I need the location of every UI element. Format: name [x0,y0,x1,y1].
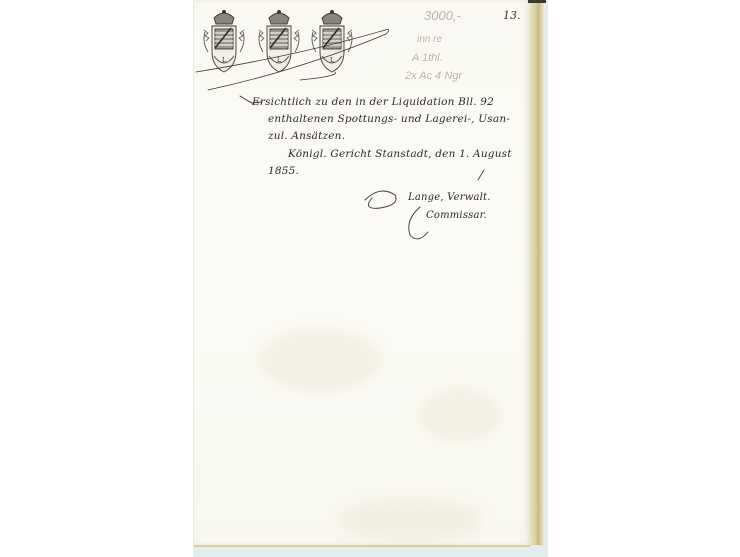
paper-stain [340,500,480,540]
coat-of-arms-stamp-icon: L [308,8,356,76]
paper-sheet [194,0,530,547]
body-line-3: zul. Ansätzen. [268,130,345,142]
body-line-5-year: 1855. [268,165,299,177]
paper-right-edge [530,0,544,545]
page-corner-shadow [528,0,546,3]
paper-stain [260,330,380,390]
coat-of-arms-stamp-icon: L [255,8,303,76]
revenue-stamps: L L [200,8,360,78]
signature-line-2: Commissar. [426,210,487,221]
document-scan: L L [0,0,740,557]
signature-line-1: Lange, Verwalt. [408,192,491,203]
pencil-note-line-3: 2x Ac 4 Ngr [405,70,462,82]
body-line-1: Ersichtlich zu den in der Liquidation Bl… [252,96,494,108]
pencil-note-line-1: inn re [417,34,442,45]
svg-text:L: L [222,57,226,64]
folio-number: 13. [503,9,521,22]
pencil-price-note: 3000,- [424,8,461,23]
svg-text:L: L [277,57,281,64]
pencil-note-line-2: A 1thl. [412,52,443,64]
body-line-4-place-date: Königl. Gericht Stanstadt, den 1. August [288,148,512,160]
coat-of-arms-stamp-icon: L [200,8,248,76]
paper-stain [420,390,500,440]
body-line-2: enthaltenen Spottungs- und Lagerei-, Usa… [268,113,510,125]
svg-text:L: L [330,57,334,64]
